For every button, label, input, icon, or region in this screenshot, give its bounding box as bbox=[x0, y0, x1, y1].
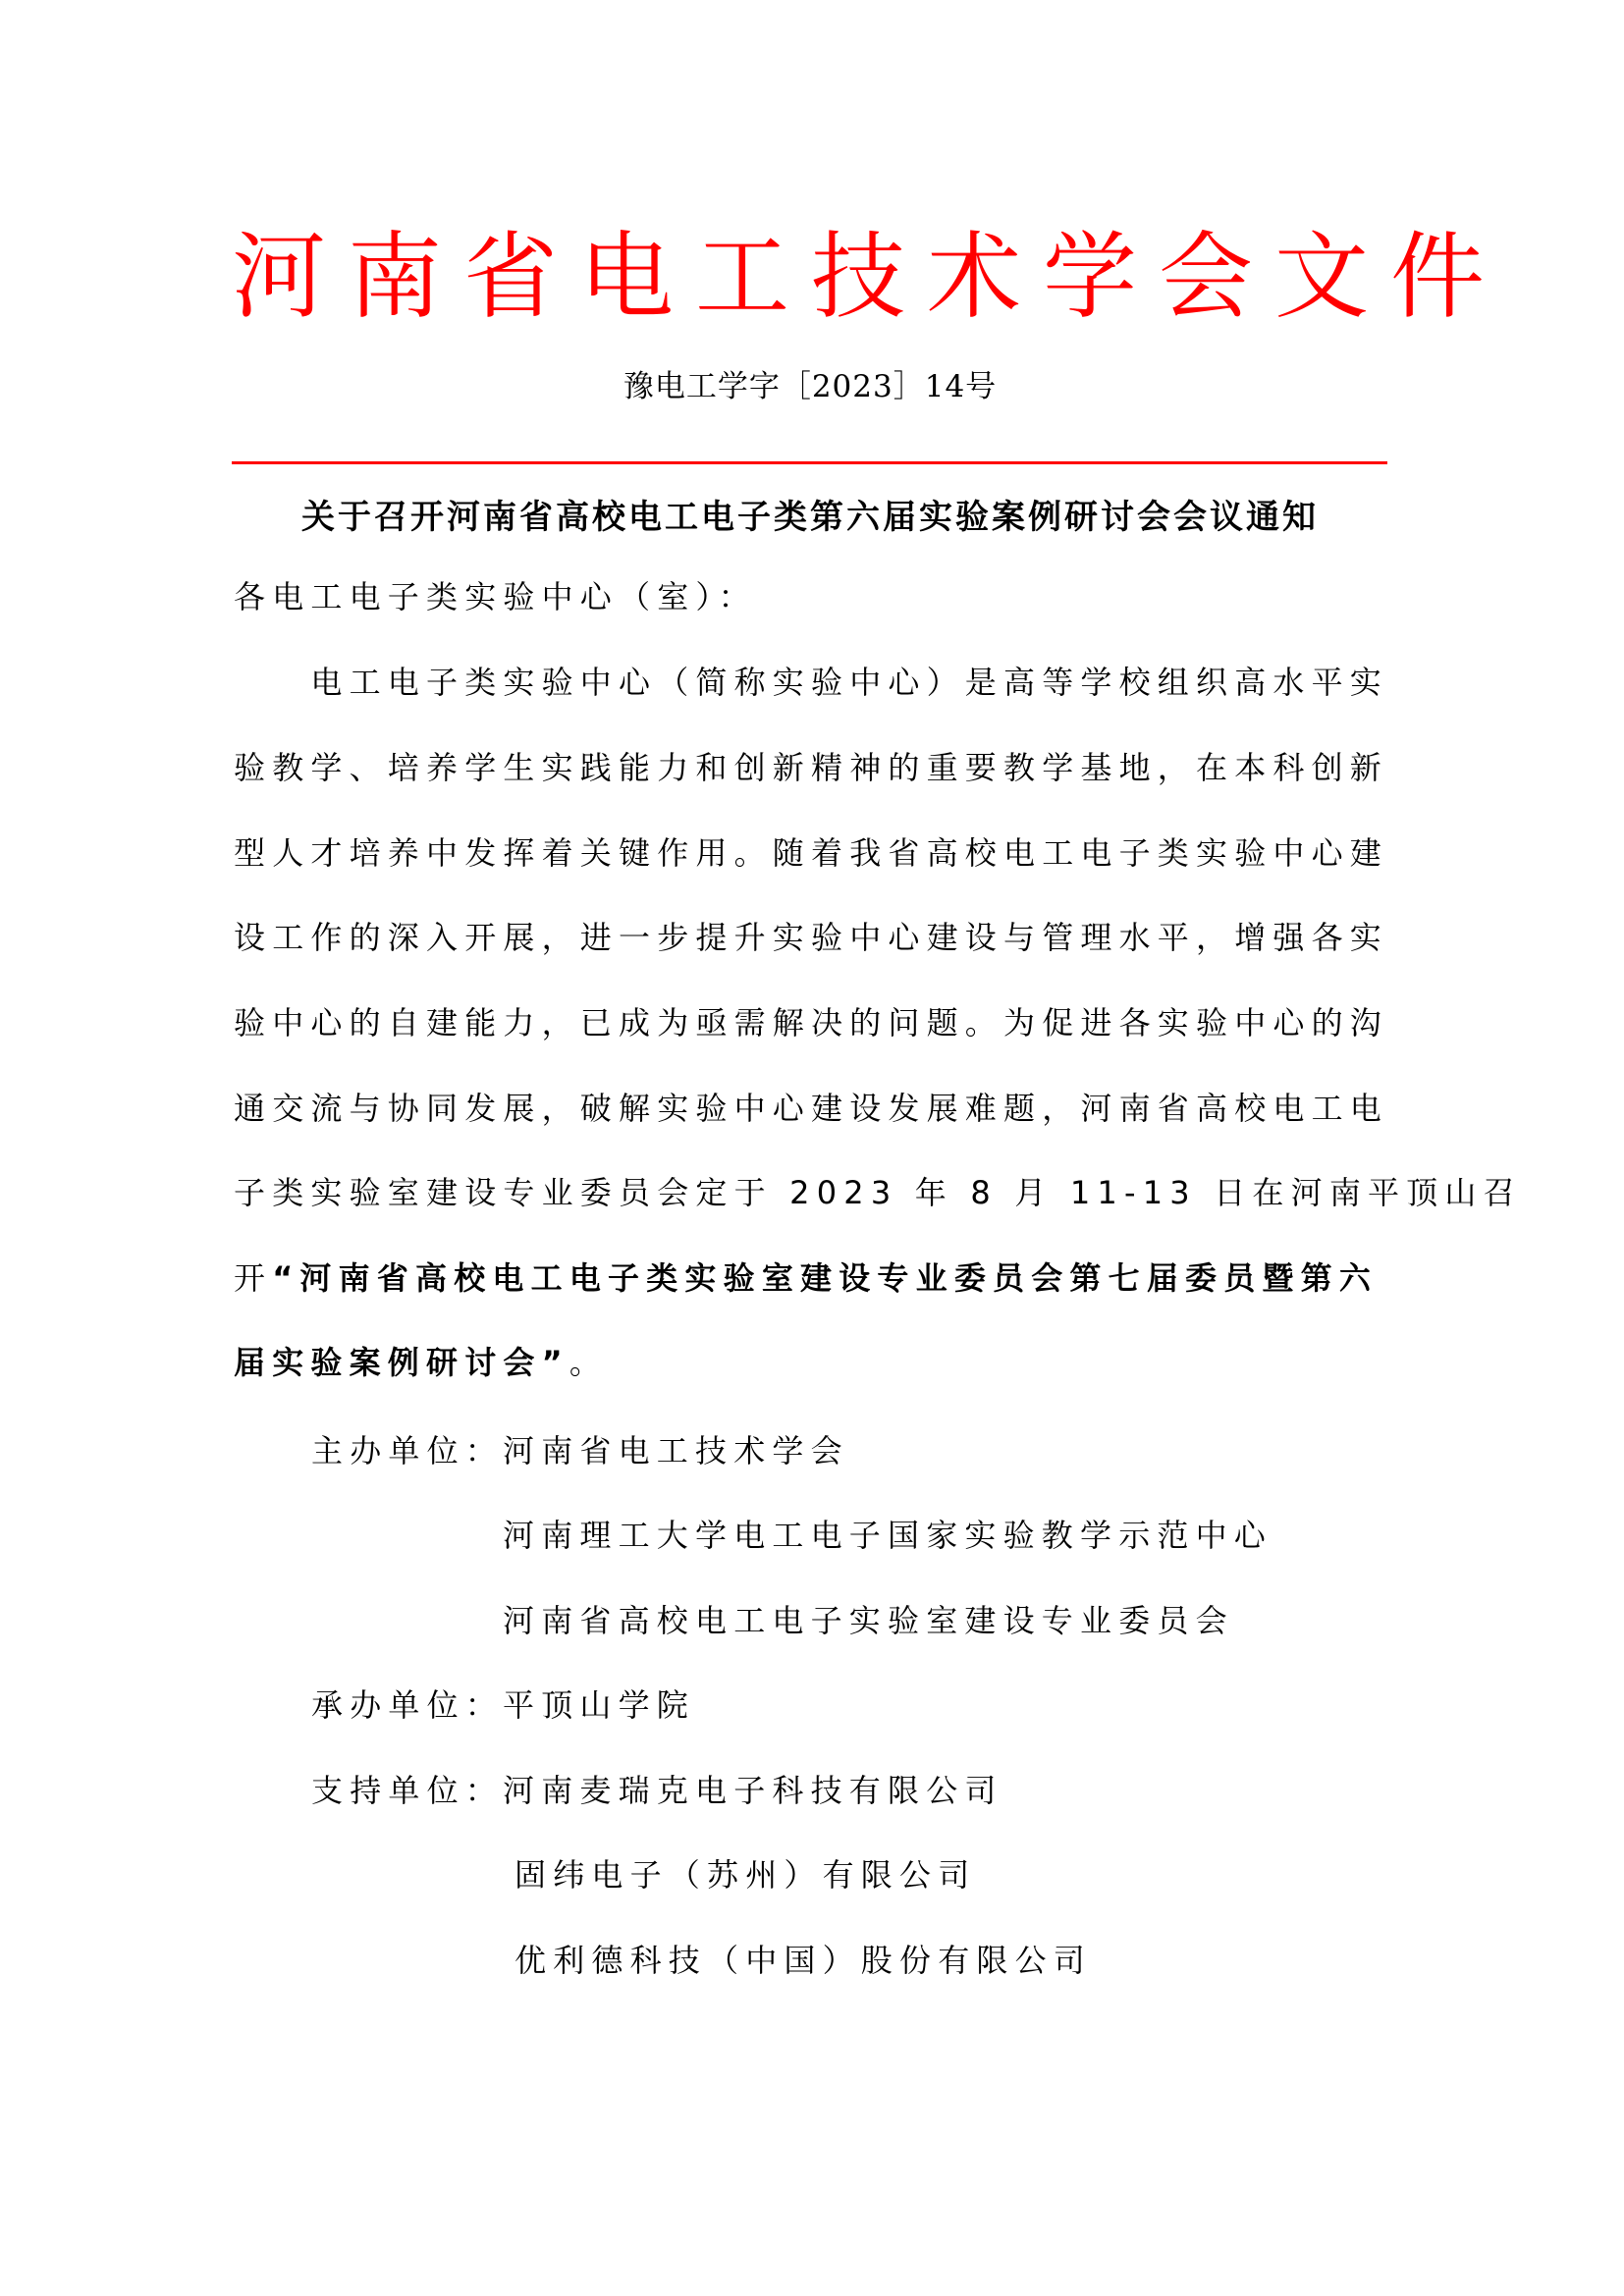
body-line-9: 届实验案例研讨会”。 bbox=[234, 1338, 1392, 1387]
document-masthead: 河南省电工技术学会文件 bbox=[232, 218, 1388, 336]
notice-title: 关于召开河南省高校电工电子类第六届实验案例研讨会会议通知 bbox=[232, 493, 1388, 542]
supporter-label: 支持单位： bbox=[311, 1766, 504, 1815]
body-line-8: 开“河南省高校电工电子类实验室建设专业委员会第七届委员暨第六 bbox=[234, 1254, 1392, 1303]
supporter-1: 河南麦瑞克电子科技有限公司 bbox=[503, 1766, 1003, 1815]
body-line-6: 通交流与协同发展，破解实验中心建设发展难题，河南省高校电工电 bbox=[234, 1084, 1392, 1133]
document-page: 河南省电工技术学会文件 豫电工学字［2023］14号 关于召开河南省高校电工电子… bbox=[0, 0, 1624, 2296]
body-line-2: 验教学、培养学生实践能力和创新精神的重要教学基地，在本科创新 bbox=[234, 743, 1392, 792]
salutation: 各电工电子类实验中心（室）： bbox=[234, 572, 1392, 621]
document-number: 豫电工学字［2023］14号 bbox=[232, 365, 1388, 408]
red-divider-rule bbox=[232, 461, 1387, 464]
body-line-7: 子类实验室建设专业委员会定于 2023 年 8 月 11-13 日在河南平顶山召 bbox=[234, 1168, 1392, 1217]
meeting-name-part-1: “河南省高校电工电子类实验室建设专业委员会第七届委员暨第六 bbox=[272, 1259, 1378, 1297]
host-1: 河南省电工技术学会 bbox=[503, 1426, 849, 1475]
body-line-9-suffix: 。 bbox=[569, 1344, 608, 1381]
host-label: 主办单位： bbox=[311, 1426, 504, 1475]
body-line-3: 型人才培养中发挥着关键作用。随着我省高校电工电子类实验中心建 bbox=[234, 828, 1392, 878]
supporter-2: 固纬电子（苏州）有限公司 bbox=[514, 1850, 976, 1899]
meeting-name-part-2: 届实验案例研讨会” bbox=[234, 1344, 569, 1381]
body-line-8-prefix: 开 bbox=[234, 1259, 272, 1297]
body-line-1: 电工电子类实验中心（简称实验中心）是高等学校组织高水平实 bbox=[234, 658, 1392, 707]
undertaker: 平顶山学院 bbox=[503, 1681, 695, 1730]
supporter-3: 优利德科技（中国）股份有限公司 bbox=[514, 1936, 1092, 1985]
host-2: 河南理工大学电工电子国家实验教学示范中心 bbox=[503, 1511, 1272, 1560]
body-line-4: 设工作的深入开展，进一步提升实验中心建设与管理水平，增强各实 bbox=[234, 913, 1392, 962]
undertaker-label: 承办单位： bbox=[311, 1681, 504, 1730]
body-line-5: 验中心的自建能力，已成为亟需解决的问题。为促进各实验中心的沟 bbox=[234, 998, 1392, 1047]
host-3: 河南省高校电工电子实验室建设专业委员会 bbox=[503, 1596, 1234, 1645]
